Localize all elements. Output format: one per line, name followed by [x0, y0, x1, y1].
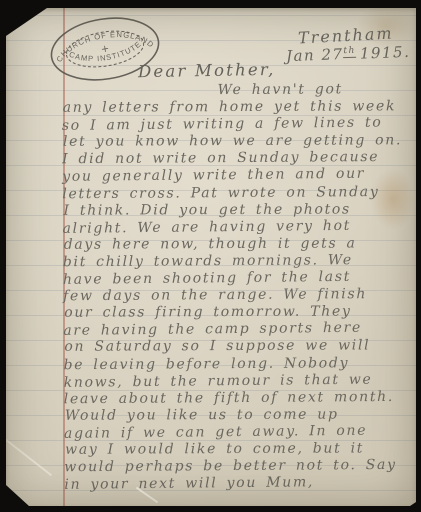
letter-line: letters cross. Pat wrote on Sunday	[62, 183, 417, 203]
letter-line: We havn't got	[62, 81, 417, 101]
letter-line: days here now, though it gets a	[64, 235, 419, 254]
letter-salutation: Dear Mother,	[138, 60, 276, 81]
date-year: 1915.	[360, 43, 411, 63]
date-day: Jan 27	[286, 45, 344, 65]
letter-line: let you know how we are getting on.	[63, 133, 418, 152]
letter-line: knows, but the rumour is that we	[64, 371, 419, 392]
letter-line: way I would like to come, but it	[65, 440, 420, 459]
stamp-cross-icon: +	[100, 43, 110, 55]
date-ordinal: th	[343, 46, 356, 58]
letter-line: on Saturday so I suppose we will	[64, 338, 419, 357]
letter-body: We havn't got any letters from home yet …	[62, 81, 420, 494]
letter-paper: CHURCH OF ENGLAND CAMP INSTITUTE + Trent…	[6, 8, 416, 506]
letter-line: in your next will you Mum,	[64, 473, 419, 494]
letter-scan: CHURCH OF ENGLAND CAMP INSTITUTE + Trent…	[0, 0, 421, 512]
